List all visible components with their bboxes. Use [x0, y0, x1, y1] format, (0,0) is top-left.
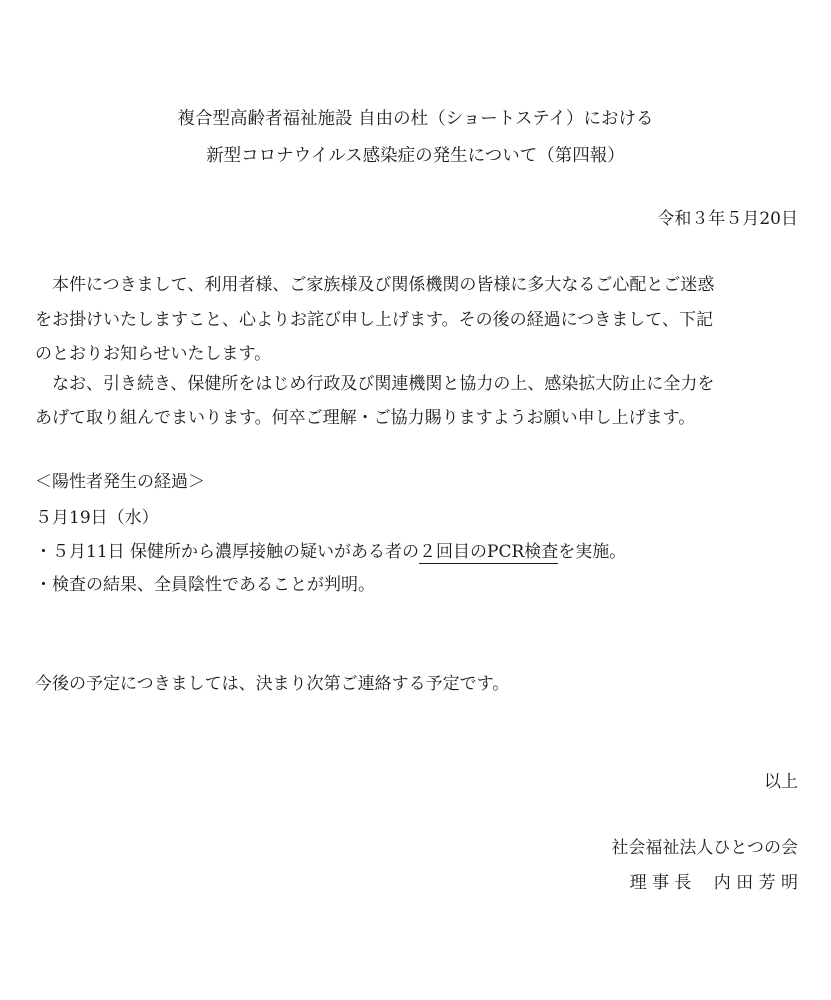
document-date: 令和３年５月20日 [657, 207, 798, 231]
signature-organization: 社会福祉法人ひとつの会 [611, 836, 798, 860]
document-title-line-1: 複合型高齢者福祉施設 自由の杜（ショートステイ）における [0, 107, 831, 131]
signature-name: 理 事 長 内 田 芳 明 [630, 871, 798, 895]
body-paragraph-1-line-3: のとおりお知らせいたします。 [35, 342, 271, 366]
section-heading: ＜陽性者発生の経過＞ [35, 470, 205, 494]
bullet-1-text: ・５月11日 保健所から濃厚接触の疑いがある者の [35, 542, 419, 562]
future-plan-text: 今後の予定につきましては、決まり次第ご連絡する予定です。 [35, 672, 509, 696]
bullet-1-text-end: を実施。 [558, 542, 626, 562]
body-paragraph-2-line-2: あげて取り組んでまいります。何卒ご理解・ご協力賜りますようお願い申し上げます。 [35, 406, 695, 430]
body-paragraph-2-line-1: なお、引き続き、保健所をはじめ行政及び関連機関と協力の上、感染拡大防止に全力を [35, 372, 714, 396]
body-paragraph-1-line-2: をお掛けいたしますこと、心よりお詫び申し上げます。その後の経過につきまして、下記 [35, 308, 713, 332]
bullet-item-2: ・検査の結果、全員陰性であることが判明。 [35, 573, 375, 597]
body-paragraph-1-line-1: 本件につきまして、利用者様、ご家族様及び関係機関の皆様に多大なるご心配とご迷惑 [35, 273, 714, 297]
section-date: ５月19日（水） [35, 506, 159, 530]
closing-text: 以上 [764, 770, 798, 794]
bullet-item-1: ・５月11日 保健所から濃厚接触の疑いがある者の２回目のPCR検査を実施。 [35, 540, 626, 564]
document-title-line-2: 新型コロナウイルス感染症の発生について（第四報） [0, 144, 831, 168]
bullet-1-underlined-text: ２回目のPCR検査 [419, 542, 558, 564]
